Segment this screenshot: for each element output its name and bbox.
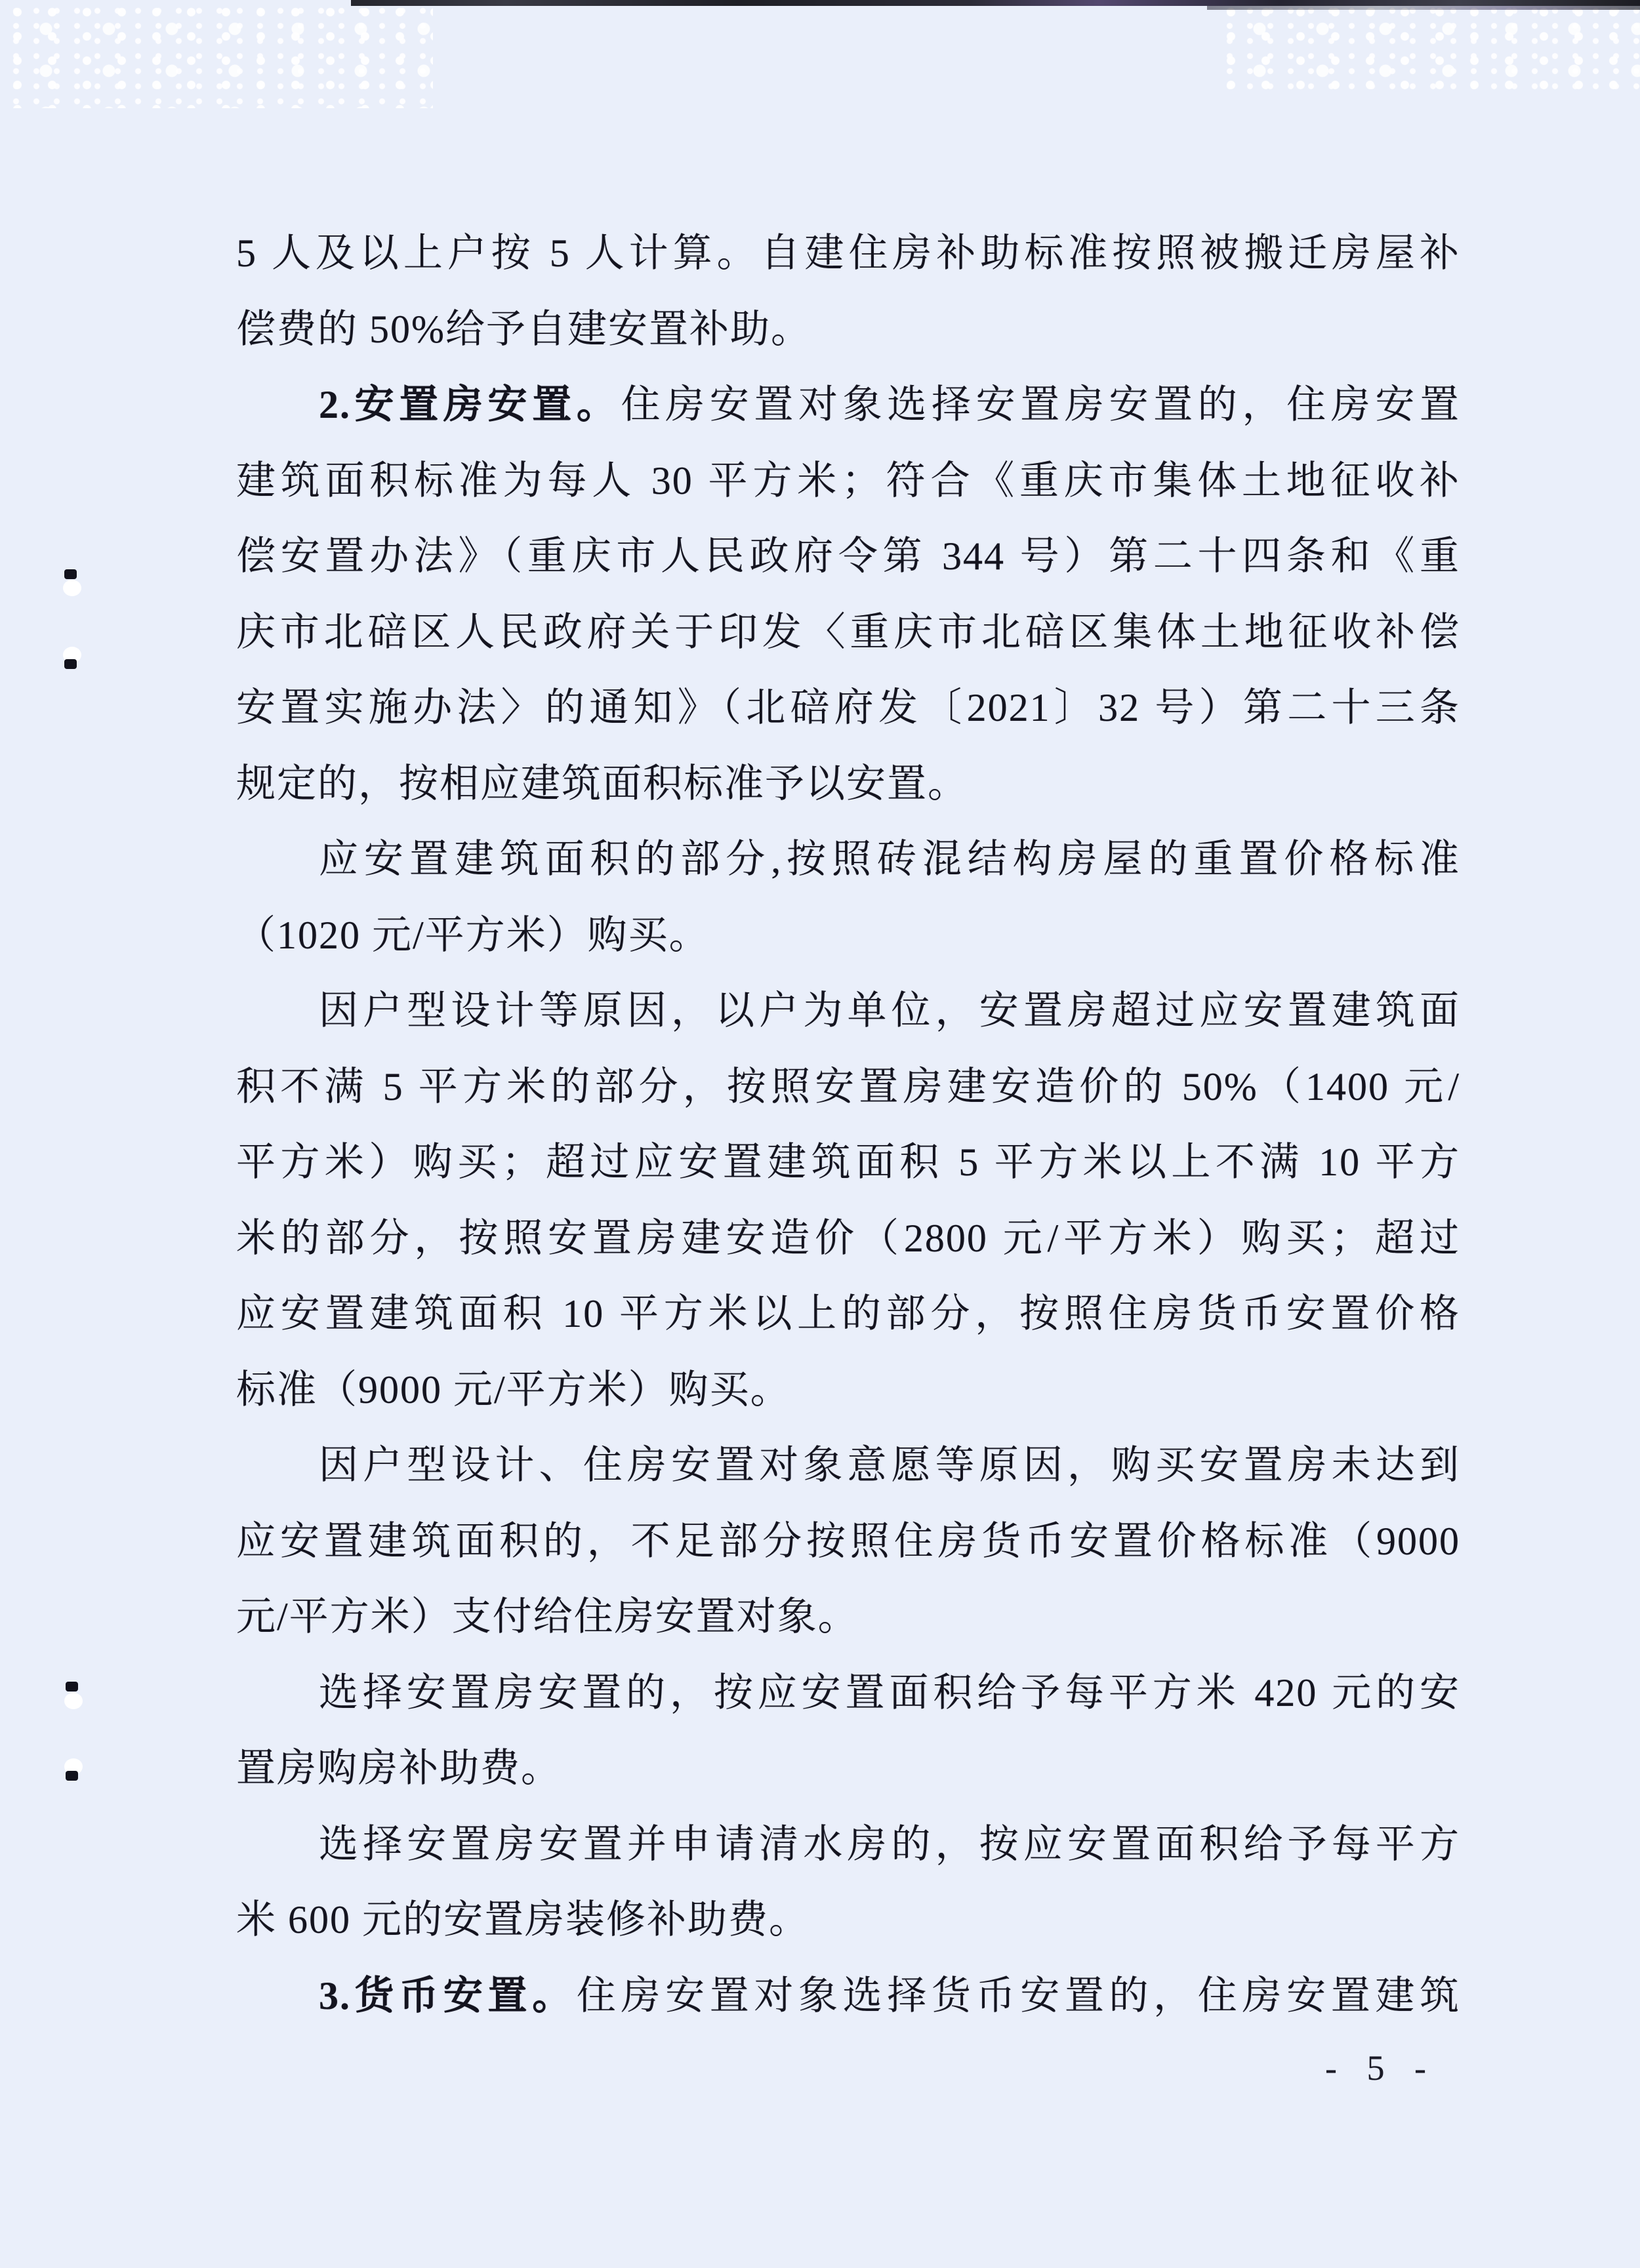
text-line: 建筑面积标准为每人 30 平方米；符合《重庆市集体土地征收补 bbox=[236, 455, 1460, 507]
text-run: 平方米）购买；超过应安置建筑面积 5 平方米以上不满 10 平方 bbox=[236, 1141, 1460, 1184]
text-line: 应安置建筑面积的，不足部分按照住房货币安置价格标准（9000 bbox=[236, 1515, 1460, 1568]
text-line: 米的部分，按照安置房建安造价（2800 元/平方米）购买；超过 bbox=[236, 1212, 1460, 1265]
text-run: 积不满 5 平方米的部分，按照安置房建安造价的 50%（1400 元/ bbox=[236, 1065, 1460, 1108]
text-line: 置房购房补助费。 bbox=[236, 1742, 1460, 1794]
text-line: 安置实施办法〉的通知》（北碚府发〔2021〕32 号）第二十三条 bbox=[236, 681, 1460, 734]
text-run-bold: 3.货币安置。 bbox=[319, 1974, 577, 2017]
scan-artifact-speck bbox=[64, 569, 77, 579]
scan-artifact-speck bbox=[66, 1771, 78, 1781]
text-run: 米的部分，按照安置房建安造价（2800 元/平方米）购买；超过 bbox=[236, 1217, 1460, 1260]
text-run: 5 人及以上户按 5 人计算。自建住房补助标准按照被搬迁房屋补 bbox=[236, 232, 1460, 275]
text-run: 住房安置对象选择货币安置的，住房安置建筑 bbox=[577, 1974, 1460, 2017]
scan-edge-strip-secondary bbox=[1207, 6, 1640, 10]
scan-noise-top-right bbox=[1214, 0, 1640, 92]
text-run: 偿安置办法》（重庆市人民政府令第 344 号）第二十四条和《重 bbox=[236, 535, 1460, 578]
text-line: 应安置建筑面积的部分,按照砖混结构房屋的重置价格标准 bbox=[236, 833, 1460, 885]
text-line: 元/平方米）支付给住房安置对象。 bbox=[236, 1590, 1460, 1643]
scan-artifact-halo bbox=[63, 580, 81, 596]
scan-artifact-speck bbox=[64, 659, 77, 669]
text-run: 应安置建筑面积 10 平方米以上的部分，按照住房货币安置价格 bbox=[236, 1292, 1460, 1335]
text-run: 规定的，按相应建筑面积标准予以安置。 bbox=[236, 762, 968, 805]
text-line: 偿费的 50%给予自建安置补助。 bbox=[236, 303, 1460, 355]
page-number: - 5 - bbox=[1296, 2048, 1466, 2088]
text-run: 庆市北碚区人民政府关于印发〈重庆市北碚区集体土地征收补偿 bbox=[236, 611, 1460, 654]
text-line: 选择安置房安置的，按应安置面积给予每平方米 420 元的安 bbox=[236, 1667, 1460, 1719]
text-line: 因户型设计、住房安置对象意愿等原因，购买安置房未达到 bbox=[236, 1439, 1460, 1491]
text-run: 选择安置房安置的，按应安置面积给予每平方米 420 元的安 bbox=[319, 1671, 1460, 1714]
text-line: 偿安置办法》（重庆市人民政府令第 344 号）第二十四条和《重 bbox=[236, 530, 1460, 582]
text-run: 标准（9000 元/平方米）购买。 bbox=[236, 1368, 791, 1411]
text-run-bold: 2.安置房安置。 bbox=[319, 383, 621, 426]
text-line: 应安置建筑面积 10 平方米以上的部分，按照住房货币安置价格 bbox=[236, 1287, 1460, 1340]
text-line: 积不满 5 平方米的部分，按照安置房建安造价的 50%（1400 元/ bbox=[236, 1061, 1460, 1113]
text-line: 庆市北碚区人民政府关于印发〈重庆市北碚区集体土地征收补偿 bbox=[236, 606, 1460, 658]
text-run: 因户型设计等原因，以户为单位，安置房超过应安置建筑面 bbox=[319, 989, 1460, 1032]
text-line: 平方米）购买；超过应安置建筑面积 5 平方米以上不满 10 平方 bbox=[236, 1136, 1460, 1188]
text-run: 选择安置房安置并申请清水房的，按应安置面积给予每平方 bbox=[319, 1823, 1460, 1866]
text-run: 住房安置对象选择安置房安置的，住房安置 bbox=[621, 383, 1460, 426]
text-run: 偿费的 50%给予自建安置补助。 bbox=[236, 308, 811, 351]
text-run: 建筑面积标准为每人 30 平方米；符合《重庆市集体土地征收补 bbox=[236, 459, 1460, 502]
text-line: 标准（9000 元/平方米）购买。 bbox=[236, 1364, 1460, 1416]
text-line: 选择安置房安置并申请清水房的，按应安置面积给予每平方 bbox=[236, 1818, 1460, 1871]
text-run: 米 600 元的安置房装修补助费。 bbox=[236, 1898, 810, 1941]
text-line: 5 人及以上户按 5 人计算。自建住房补助标准按照被搬迁房屋补 bbox=[236, 227, 1460, 279]
text-line: 3.货币安置。住房安置对象选择货币安置的，住房安置建筑 bbox=[236, 1970, 1460, 2022]
text-run: （1020 元/平方米）购买。 bbox=[236, 914, 710, 957]
scan-artifact-speck bbox=[66, 1682, 78, 1691]
scanned-document-page: 5 人及以上户按 5 人计算。自建住房补助标准按照被搬迁房屋补偿费的 50%给予… bbox=[0, 0, 1640, 2268]
text-run: 置房购房补助费。 bbox=[236, 1747, 562, 1790]
text-line: 规定的，按相应建筑面积标准予以安置。 bbox=[236, 758, 1460, 810]
scan-noise-top-left bbox=[0, 0, 433, 108]
text-run: 元/平方米）支付给住房安置对象。 bbox=[236, 1595, 859, 1638]
text-run: 因户型设计、住房安置对象意愿等原因，购买安置房未达到 bbox=[319, 1444, 1460, 1487]
text-line: 米 600 元的安置房装修补助费。 bbox=[236, 1893, 1460, 1946]
text-line: （1020 元/平方米）购买。 bbox=[236, 909, 1460, 962]
text-line: 因户型设计等原因，以户为单位，安置房超过应安置建筑面 bbox=[236, 984, 1460, 1037]
scan-edge-strip bbox=[351, 0, 1640, 6]
text-run: 应安置建筑面积的部分,按照砖混结构房屋的重置价格标准 bbox=[319, 838, 1460, 881]
text-line: 2.安置房安置。住房安置对象选择安置房安置的，住房安置 bbox=[236, 378, 1460, 431]
text-run: 应安置建筑面积的，不足部分按照住房货币安置价格标准（9000 bbox=[236, 1520, 1460, 1563]
text-run: 安置实施办法〉的通知》（北碚府发〔2021〕32 号）第二十三条 bbox=[236, 686, 1460, 729]
scan-artifact-halo bbox=[64, 1693, 83, 1709]
